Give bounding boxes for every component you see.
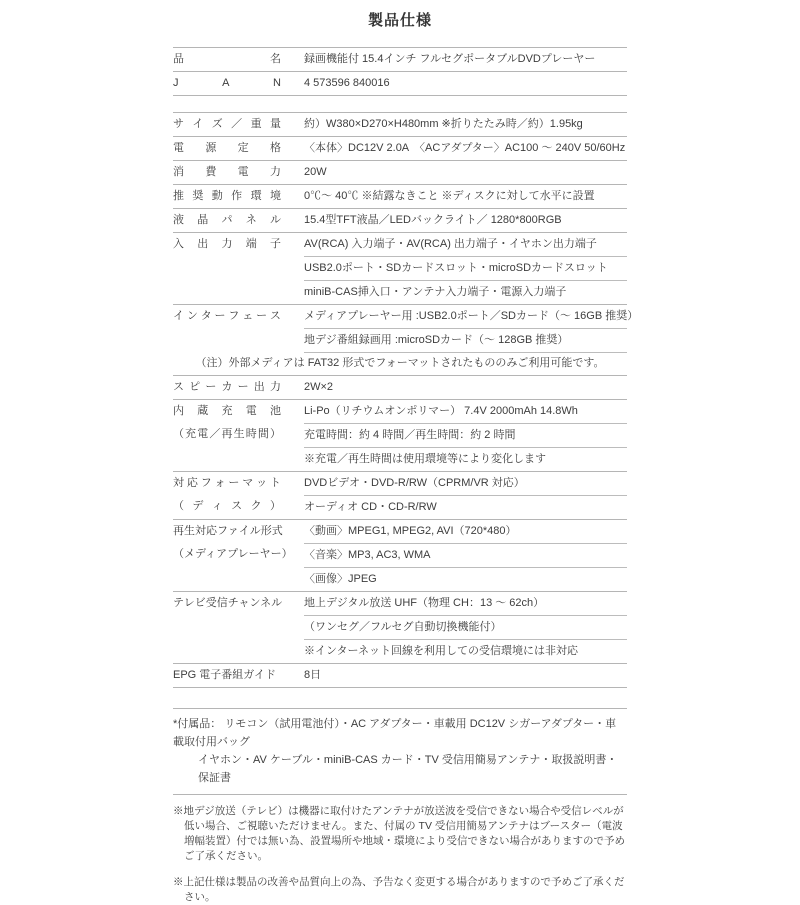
spec-value: 〈動画〉MPEG1, MPEG2, AVI（720*480） [304,520,627,543]
spec-row-tv-channels: テレビ受信チャンネル 地上デジタル放送 UHF（物理 CH：13 ～ 62ch）… [173,592,627,664]
spec-value: ※充電／再生時間は使用環境等により変化します [304,447,627,471]
footnotes: ※地デジ放送（テレビ）は機器に取付けたアンテナが放送波を受信できない場合や受信レ… [173,795,627,905]
spec-label: EPG 電子番組ガイド [173,664,281,687]
spec-value: AV(RCA) 入力端子・AV(RCA) 出力端子・イヤホン出力端子 [304,233,627,256]
spec-label: サイズ／重量 [173,113,281,136]
spec-value: DVDビデオ・DVD-R/RW（CPRM/VR 対応） [304,472,627,495]
spec-value: 地デジ番組録画用 :microSDカード（～ 128GB 推奨） [304,328,627,352]
spec-label: JAN [173,72,281,95]
spec-value: 〈画像〉JPEG [304,567,627,591]
spec-label: インターフェース [173,305,281,328]
spec-label: 液晶パネル [173,209,281,232]
spec-value: 2W×2 [304,376,627,399]
accessories-section: *付属品： リモコン（試用電池付）・AC アダプター・車載用 DC12V シガー… [173,708,627,795]
spec-value: 録画機能付 15.4インチ フルセグポータブルDVDプレーヤー [304,48,627,71]
spec-row-lcd-panel: 液晶パネル 15.4型TFT液晶／LEDバックライト／ 1280*800RGB [173,209,627,233]
spec-row-product-name: 品名 録画機能付 15.4インチ フルセグポータブルDVDプレーヤー [173,48,627,72]
spec-row-epg: EPG 電子番組ガイド 8日 [173,664,627,688]
spec-value: USB2.0ポート・SDカードスロット・microSDカードスロット [304,256,627,280]
page-title: 製品仕様 [173,9,627,30]
spec-value: 〈本体〉DC12V 2.0A 〈ACアダプター〉AC100 ～ 240V 50/… [304,137,627,160]
spec-value: メディアプレーヤー用 :USB2.0ポート／SDカード（～ 16GB 推奨） [304,305,627,328]
spec-value: Li-Po（リチウムオンポリマー） 7.4V 2000mAh 14.8Wh [304,400,627,423]
spec-label-sub: （メディアプレーヤー） [173,543,281,566]
spec-label: 対応フォーマット [173,472,281,495]
spec-value: miniB-CAS挿入口・アンテナ入力端子・電源入力端子 [304,280,627,304]
spec-media-note: （注）外部メディアは FAT32 形式でフォーマットされたもののみご利用可能です… [173,352,627,376]
spec-row-supported-formats: 対応フォーマット （ディスク） DVDビデオ・DVD-R/RW（CPRM/VR … [173,472,627,520]
spec-value: 約）W380×D270×H480mm ※折りたたみ時／約）1.95kg [304,113,627,136]
spec-sheet: 製品仕様 品名 録画機能付 15.4インチ フルセグポータブルDVDプレーヤー … [173,0,627,905]
spec-value: 20W [304,161,627,184]
spec-row-size-weight: サイズ／重量 約）W380×D270×H480mm ※折りたたみ時／約）1.95… [173,112,627,137]
spec-label: 内蔵充電池 [173,400,281,423]
spec-value: 8日 [304,664,627,687]
spec-value: ※インターネット回線を利用しての受信環境には非対応 [304,639,627,663]
spec-value: 0℃～ 40℃ ※結露なきこと ※ディスクに対して水平に設置 [304,185,627,208]
spec-row-interface: インターフェース メディアプレーヤー用 :USB2.0ポート／SDカード（～ 1… [173,305,627,352]
spec-label: 品名 [173,48,281,71]
section-gap [173,96,627,112]
spec-row-battery: 内蔵充電池 （充電／再生時間） Li-Po（リチウムオンポリマー） 7.4V 2… [173,400,627,472]
spec-value: 〈音楽〉MP3, AC3, WMA [304,543,627,567]
spec-value: 4 573596 840016 [304,72,627,95]
spec-value: 充電時間：約 4 時間／再生時間：約 2 時間 [304,423,627,447]
partial-divider [304,352,627,353]
spec-value: 地上デジタル放送 UHF（物理 CH：13 ～ 62ch） [304,592,627,615]
spec-table: 品名 録画機能付 15.4インチ フルセグポータブルDVDプレーヤー JAN 4… [173,47,627,688]
spec-label: テレビ受信チャンネル [173,592,281,615]
spec-value: オーディオ CD・CD-R/RW [304,495,627,519]
spec-row-power-rating: 電源定格 〈本体〉DC12V 2.0A 〈ACアダプター〉AC100 ～ 240… [173,137,627,161]
spec-label: 入出力端子 [173,233,281,256]
spec-label: 再生対応ファイル形式 [173,520,281,543]
spec-row-io-terminals: 入出力端子 AV(RCA) 入力端子・AV(RCA) 出力端子・イヤホン出力端子… [173,233,627,305]
spec-row-power-consumption: 消費電力 20W [173,161,627,185]
accessories-line-2: イヤホン・AV ケーブル・miniB-CAS カード・TV 受信用簡易アンテナ・… [198,751,627,787]
footnote-spec-change: ※上記仕様は製品の改善や品質向上の為、予告なく変更する場合がありますので予めご了… [173,875,627,905]
spec-label: 消費電力 [173,161,281,184]
spec-value: 15.4型TFT液晶／LEDバックライト／ 1280*800RGB [304,209,627,232]
spec-value: （ワンセグ／フルセグ自動切換機能付） [304,615,627,639]
spec-row-operating-environment: 推奨動作環境 0℃～ 40℃ ※結露なきこと ※ディスクに対して水平に設置 [173,185,627,209]
spec-label: 電源定格 [173,137,281,160]
footnote-broadcast: ※地デジ放送（テレビ）は機器に取付けたアンテナが放送波を受信できない場合や受信レ… [173,804,627,864]
spec-row-speaker-output: スピーカー出力 2W×2 [173,376,627,400]
spec-note-text: （注）外部メディアは FAT32 形式でフォーマットされたもののみご利用可能です… [196,357,605,369]
spec-label: 推奨動作環境 [173,185,281,208]
spec-row-playable-file-formats: 再生対応ファイル形式 （メディアプレーヤー） 〈動画〉MPEG1, MPEG2,… [173,520,627,592]
spec-row-jan: JAN 4 573596 840016 [173,72,627,96]
accessories-line-1: *付属品： リモコン（試用電池付）・AC アダプター・車載用 DC12V シガー… [173,715,627,751]
spec-label: スピーカー出力 [173,376,281,399]
spec-label-sub: （充電／再生時間） [173,423,281,446]
spec-label-sub: （ディスク） [173,495,281,518]
